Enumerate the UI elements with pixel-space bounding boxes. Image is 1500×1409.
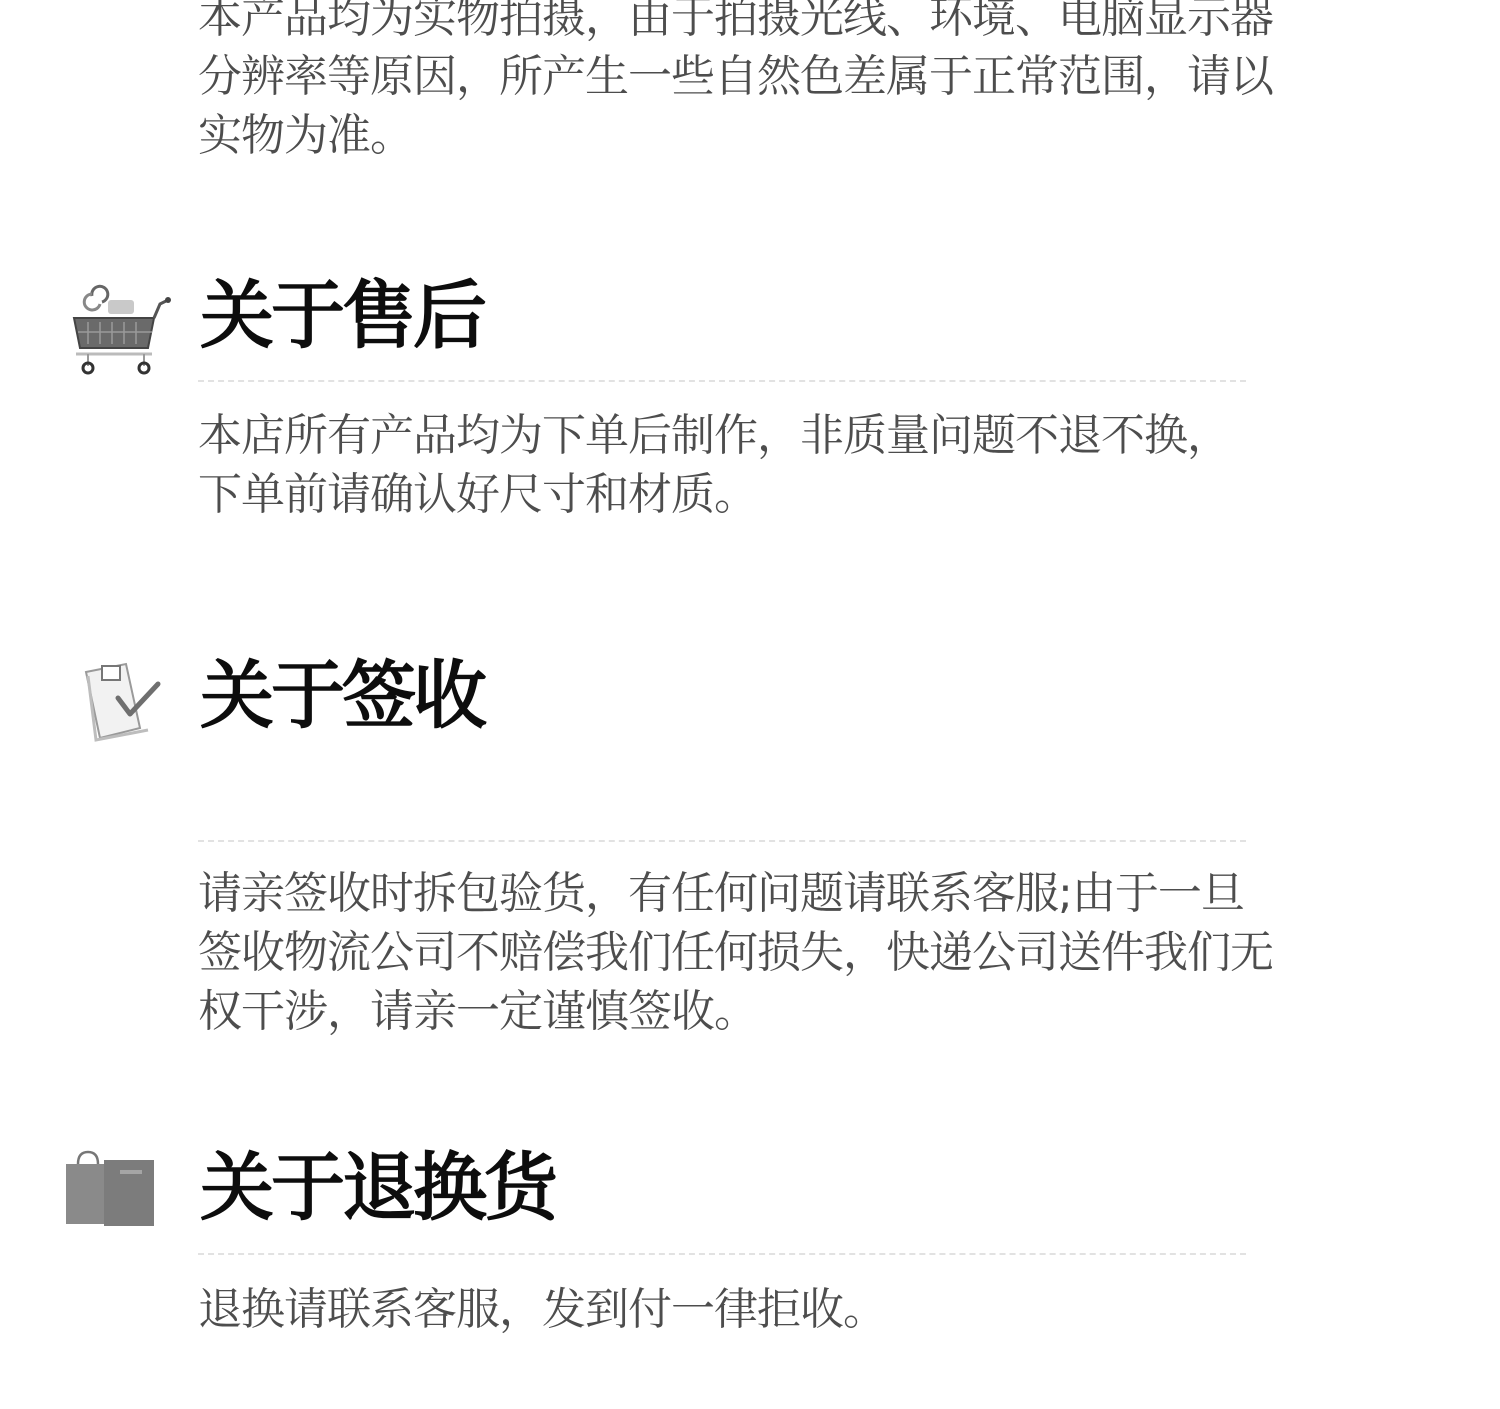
divider bbox=[198, 840, 1246, 842]
divider bbox=[198, 380, 1246, 382]
intro-line: 实物为准。 bbox=[198, 106, 1418, 165]
paragraph-line: 签收物流公司不赔偿我们任何损失，快递公司送件我们无 bbox=[198, 923, 1418, 982]
divider bbox=[198, 1253, 1246, 1255]
section-title: 关于售后 bbox=[200, 276, 484, 356]
intro-paragraph: 本产品均为实物拍摄，由于拍摄光线、环境、电脑显示器 分辨率等原因，所产生一些自然… bbox=[198, 0, 1418, 165]
checklist-icon bbox=[80, 658, 164, 744]
shopping-bags-icon bbox=[64, 1150, 156, 1230]
paragraph-line: 请亲签收时拆包验货，有任何问题请联系客服;由于一旦 bbox=[198, 864, 1418, 923]
paragraph-line: 退换请联系客服，发到付一律拒收。 bbox=[198, 1280, 1418, 1339]
shopping-cart-icon bbox=[66, 282, 172, 378]
paragraph-line: 权干涉，请亲一定谨慎签收。 bbox=[198, 982, 1418, 1041]
section-title: 关于签收 bbox=[200, 656, 484, 736]
section-paragraph: 请亲签收时拆包验货，有任何问题请联系客服;由于一旦 签收物流公司不赔偿我们任何损… bbox=[198, 864, 1418, 1041]
section-title: 关于退换货 bbox=[200, 1148, 555, 1228]
paragraph-line: 下单前请确认好尺寸和材质。 bbox=[198, 465, 1418, 524]
section-paragraph: 退换请联系客服，发到付一律拒收。 bbox=[198, 1280, 1418, 1339]
section-paragraph: 本店所有产品均为下单后制作，非质量问题不退不换， 下单前请确认好尺寸和材质。 bbox=[198, 406, 1418, 524]
intro-line: 分辨率等原因，所产生一些自然色差属于正常范围，请以 bbox=[198, 47, 1418, 106]
intro-line: 本产品均为实物拍摄，由于拍摄光线、环境、电脑显示器 bbox=[198, 0, 1418, 47]
paragraph-line: 本店所有产品均为下单后制作，非质量问题不退不换， bbox=[198, 406, 1418, 465]
